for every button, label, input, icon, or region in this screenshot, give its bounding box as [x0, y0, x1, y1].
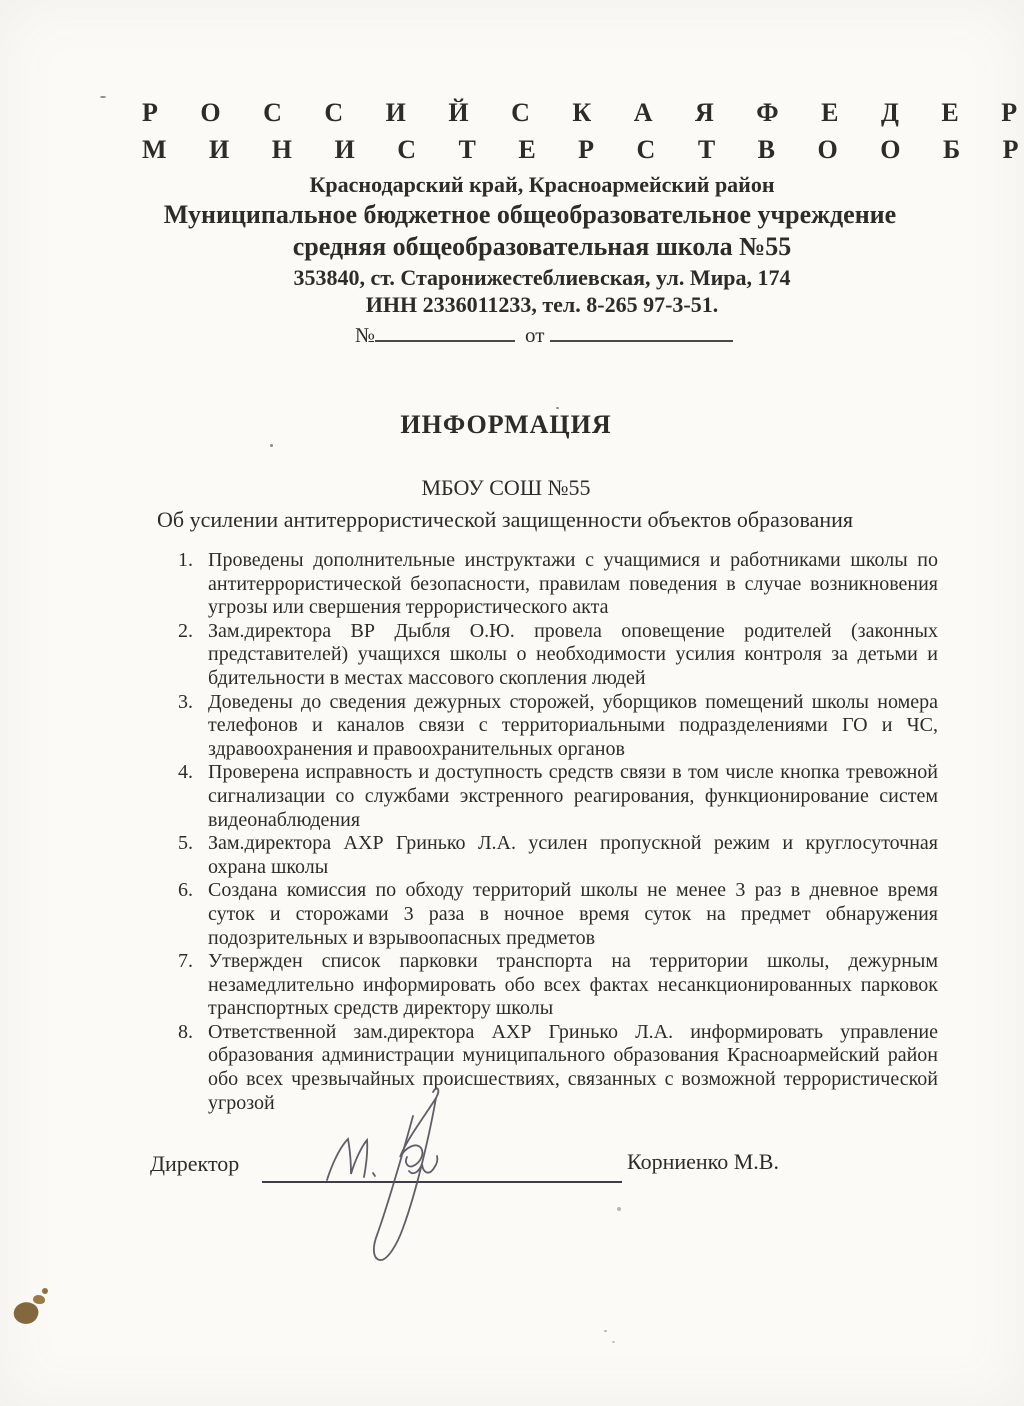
- scan-speck: [270, 444, 273, 447]
- list-item-text: Утвержден список парковки транспорта на …: [208, 950, 938, 1021]
- scanned-document-page: Р О С С И Й С К А Я Ф Е Д Е Р А Ц И Я М …: [0, 0, 1024, 1406]
- letterhead-address: 353840, ст. Старонижестеблиевская, ул. М…: [142, 265, 942, 290]
- list-item-text: Зам.директора ВР Дыбля О.Ю. провела опов…: [208, 620, 938, 691]
- signature-role-label: Директор: [150, 1151, 239, 1177]
- doc-number-label: №: [355, 323, 375, 347]
- doc-number-blank: [375, 322, 515, 342]
- list-item: 8. Ответственной зам.директора АХР Гринь…: [178, 1021, 938, 1115]
- letterhead-ministry: М И Н И С Т Е Р С Т В О О Б Р А З О В А …: [142, 135, 942, 165]
- list-item-text: Доведены до сведения дежурных сторожей, …: [208, 691, 938, 762]
- ink-stain: [33, 1295, 45, 1304]
- ink-stain: [42, 1288, 48, 1294]
- document-title: ИНФОРМАЦИЯ: [100, 410, 912, 440]
- list-item: 5. Зам.директора АХР Гринько Л.А. усилен…: [178, 832, 938, 879]
- list-item: 3. Доведены до сведения дежурных стороже…: [178, 691, 938, 762]
- list-item: 6. Создана комиссия по обходу территорий…: [178, 879, 938, 950]
- letterhead-organization-line2: средняя общеобразовательная школа №55: [142, 232, 942, 262]
- document-subject: Об усилении антитеррористической защищен…: [98, 507, 912, 533]
- list-item-number: 6.: [178, 879, 208, 950]
- scan-speck: [612, 1341, 615, 1343]
- handwritten-signature: [300, 1080, 460, 1275]
- document-addressee: МБОУ СОШ №55: [100, 475, 912, 501]
- list-item-text: Проведены дополнительные инструктажи с у…: [208, 549, 938, 620]
- letterhead-organization-line1: Муниципальное бюджетное общеобразователь…: [118, 200, 942, 230]
- doc-date-blank: [550, 322, 733, 342]
- list-item-number: 1.: [178, 549, 208, 620]
- numbered-list: 1. Проведены дополнительные инструктажи …: [178, 549, 938, 1115]
- list-item-number: 2.: [178, 620, 208, 691]
- list-item: 4. Проверена исправность и доступность с…: [178, 761, 938, 832]
- list-item: 7. Утвержден список парковки транспорта …: [178, 950, 938, 1021]
- signature-name: Корниенко М.В.: [627, 1149, 779, 1175]
- list-item-number: 3.: [178, 691, 208, 762]
- scan-speck: [604, 1330, 607, 1332]
- document-heading: ИНФОРМАЦИЯ МБОУ СОШ №55 Об усилении анти…: [100, 410, 912, 533]
- list-item: 1. Проведены дополнительные инструктажи …: [178, 549, 938, 620]
- list-item-number: 4.: [178, 761, 208, 832]
- scan-speck: [556, 407, 559, 409]
- scan-speck: [617, 1207, 621, 1211]
- list-item-number: 8.: [178, 1021, 208, 1115]
- list-item-number: 7.: [178, 950, 208, 1021]
- doc-number-line: №от: [142, 322, 942, 347]
- list-item-number: 5.: [178, 832, 208, 879]
- list-item-text: Зам.директора АХР Гринько Л.А. усилен пр…: [208, 832, 938, 879]
- list-item-text: Создана комиссия по обходу территорий шк…: [208, 879, 938, 950]
- letterhead: Р О С С И Й С К А Я Ф Е Д Е Р А Ц И Я М …: [142, 98, 942, 348]
- letterhead-country: Р О С С И Й С К А Я Ф Е Д Е Р А Ц И Я: [142, 98, 942, 128]
- letterhead-contacts: ИНН 2336011233, тел. 8-265 97-3-51.: [142, 292, 942, 317]
- list-item: 2. Зам.директора ВР Дыбля О.Ю. провела о…: [178, 620, 938, 691]
- scan-speck: [100, 96, 106, 98]
- list-item-text: Проверена исправность и доступность сред…: [208, 761, 938, 832]
- letterhead-region: Краснодарский край, Красноармейский райо…: [142, 172, 942, 197]
- doc-date-label: от: [525, 323, 544, 347]
